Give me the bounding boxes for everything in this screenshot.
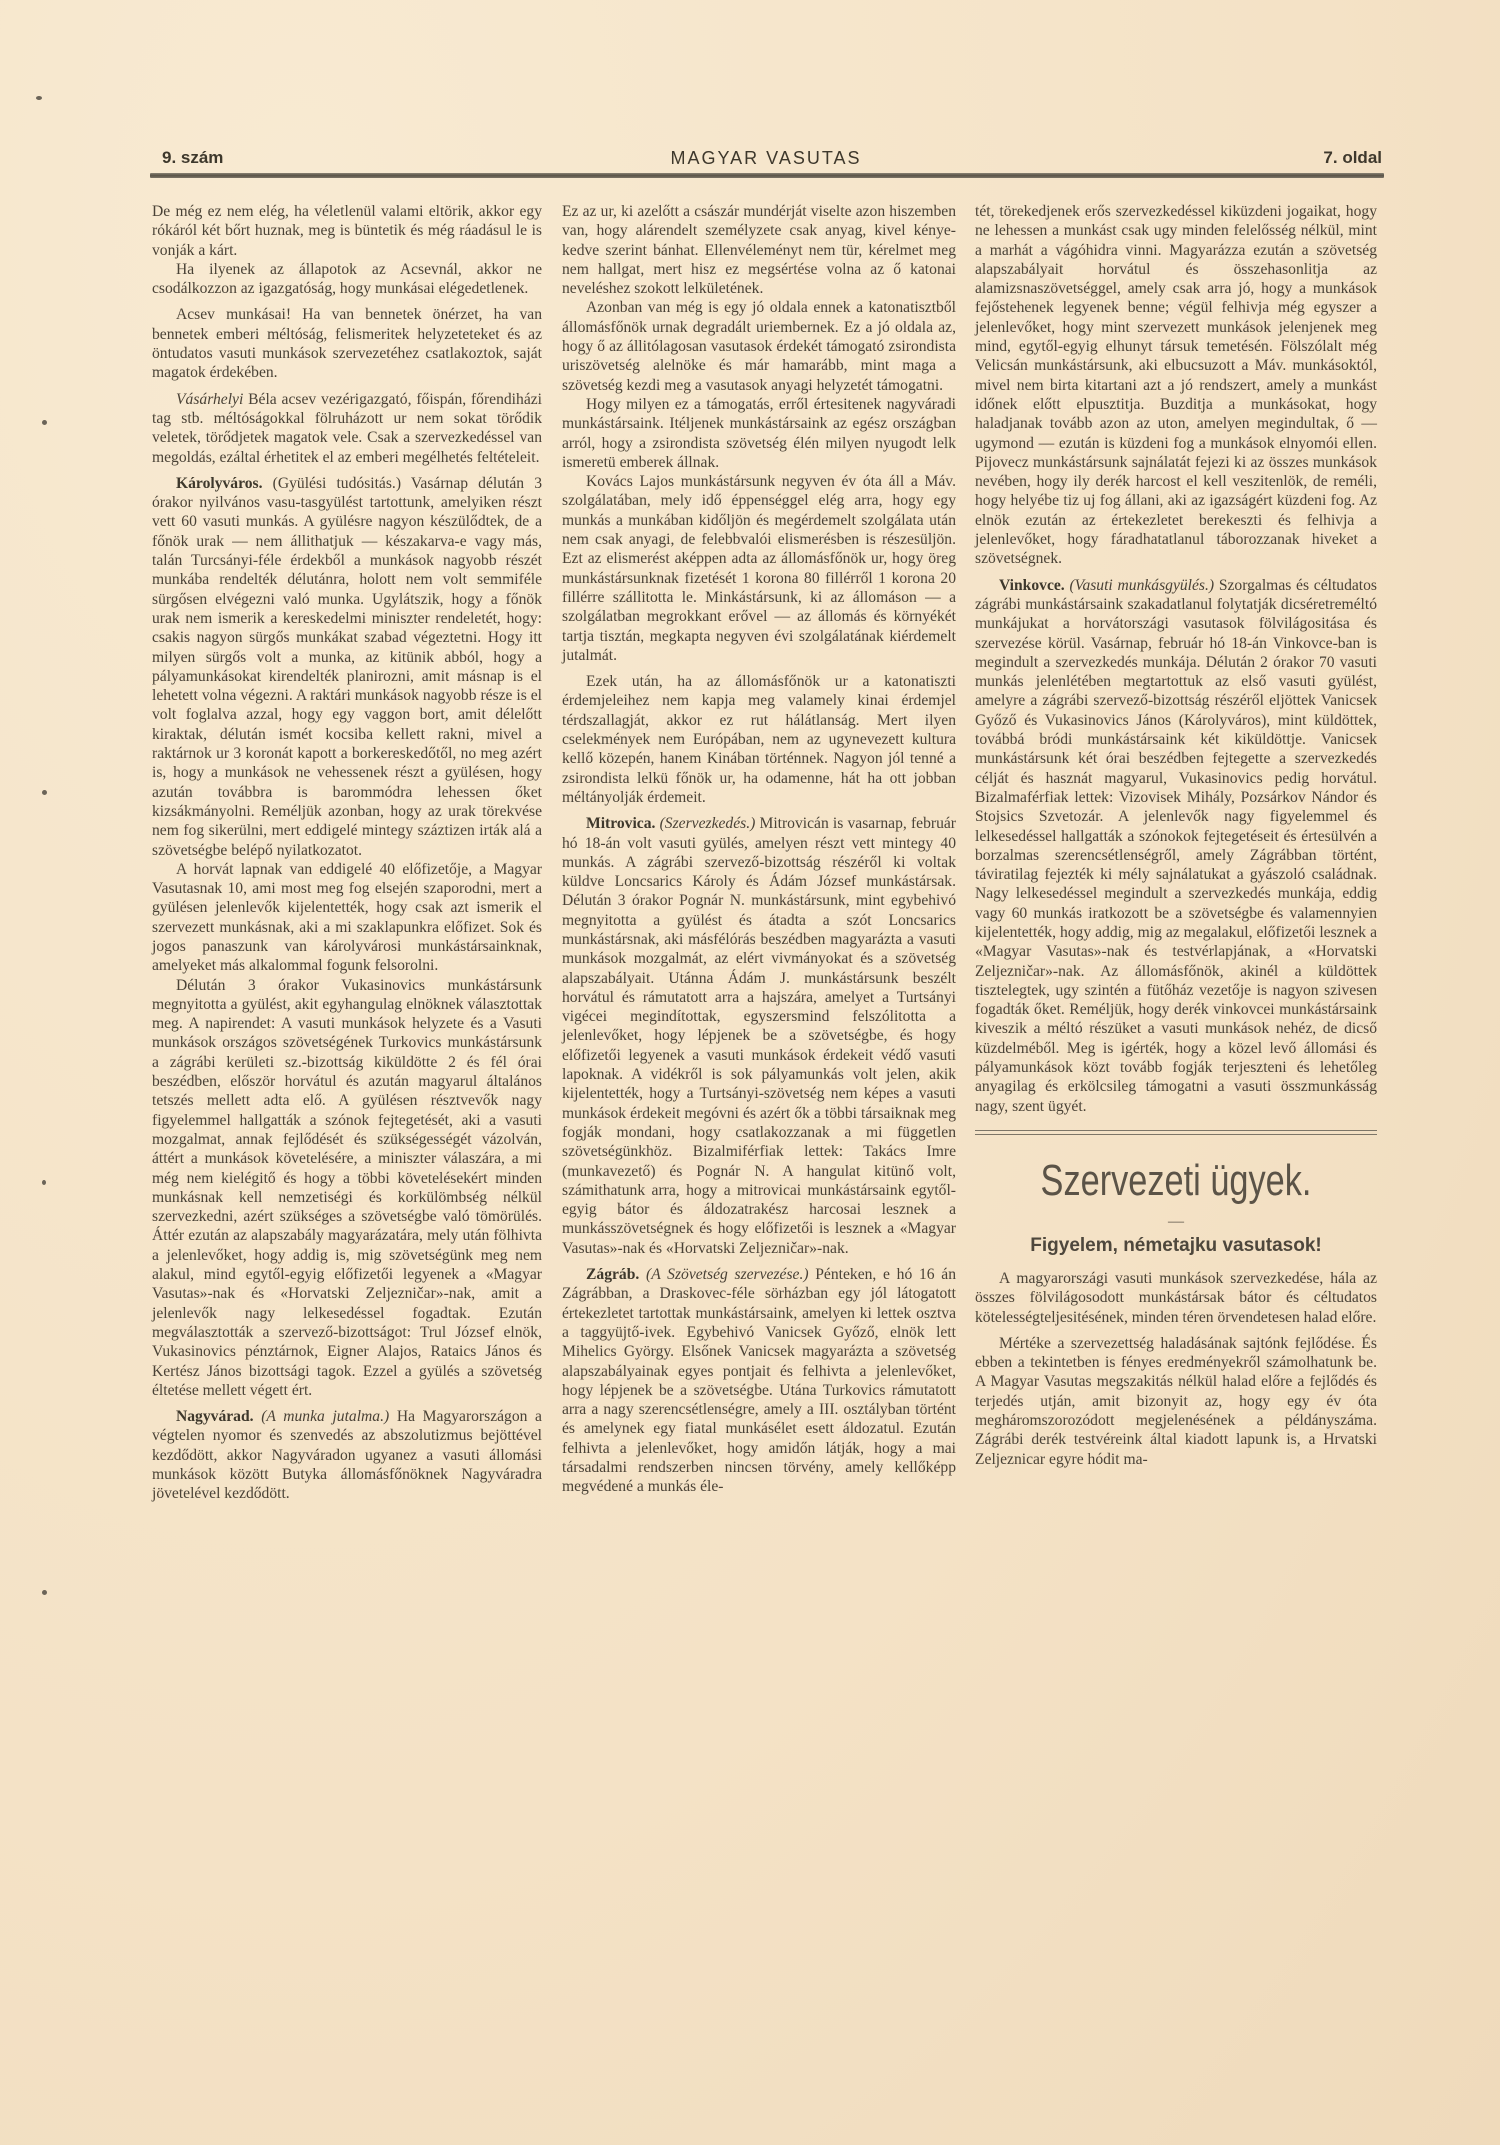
paragraph-text: A magyarországi vasuti munkások szervezk…: [975, 1270, 1377, 1326]
article-placename: Vinkovce.: [999, 577, 1065, 594]
article-subtitle: (Gyülési tudósitás.): [273, 475, 401, 492]
article-paragraph: Mitrovica. (Szervezkedés.) Mitrovicán is…: [562, 814, 956, 1258]
paragraph-text: Ez az ur, ki azelőtt a császár mundérját…: [562, 203, 956, 297]
paragraph: A magyarországi vasuti munkások szervezk…: [975, 1269, 1377, 1327]
paragraph-text: Kovács Lajos munkástársunk negyven év ót…: [562, 473, 956, 664]
paragraph: Azonban van még is egy jó oldala ennek a…: [562, 298, 956, 394]
paper-stain: [42, 420, 47, 425]
article-paragraph: Vinkovce. (Vasuti munkásgyülés.) Szorgal…: [975, 576, 1377, 1116]
section-body: A magyarországi vasuti munkások szervezk…: [975, 1269, 1377, 1469]
paper-stain: [36, 96, 42, 100]
paragraph-text: tét, törekedjenek erős szervezkedéssel k…: [975, 203, 1377, 567]
paragraph: Mértéke a szervezettség haladásának sajt…: [975, 1334, 1377, 1469]
paragraph-text: Ezek után, ha az állomásfőnök ur a katon…: [562, 673, 956, 806]
paragraph: Ezek után, ha az állomásfőnök ur a katon…: [562, 672, 956, 807]
article-paragraph: Zágráb. (A Szövetség szervezése.) Péntek…: [562, 1265, 956, 1497]
article-placename: Károlyváros.: [176, 475, 263, 492]
section-dash: —: [975, 1213, 1377, 1231]
column-3: tét, törekedjenek erős szervezkedéssel k…: [975, 202, 1377, 1469]
paragraph-text: Ha ilyenek az állapotok az Acsevnál, akk…: [152, 261, 542, 297]
column-3-body: tét, törekedjenek erős szervezkedéssel k…: [975, 202, 1377, 1116]
paper-stain: [42, 790, 47, 795]
article-paragraph: Nagyvárad. (A munka jutalma.) Ha Magyaro…: [152, 1407, 542, 1503]
paragraph: Ez az ur, ki azelőtt a császár mundérját…: [562, 202, 956, 298]
article-subtitle: (Szervezkedés.): [660, 815, 756, 832]
section-title: Szervezeti ügyek.: [1019, 1157, 1333, 1205]
paragraph-text: A horvát lapnak van eddigelé 40 előfizet…: [152, 861, 542, 974]
column-1: De még ez nem elég, ha véletlenül valami…: [152, 202, 542, 1504]
paragraph-text: De még ez nem elég, ha véletlenül valami…: [152, 203, 542, 259]
paragraph-text: Azonban van még is egy jó oldala ennek a…: [562, 299, 956, 393]
paragraph: tét, törekedjenek erős szervezkedéssel k…: [975, 202, 1377, 569]
section-subtitle: Figyelem, németajku vasutasok!: [975, 1233, 1377, 1259]
article-placename: Zágráb.: [586, 1266, 639, 1283]
paper-stain: [42, 1590, 47, 1595]
article-subtitle: (A Szövetség szervezése.): [646, 1266, 809, 1283]
column-2: Ez az ur, ki azelőtt a császár mundérját…: [562, 202, 956, 1497]
article-subtitle: (A munka jutalma.): [261, 1408, 389, 1425]
paper-stain: [42, 1180, 46, 1185]
paragraph: De még ez nem elég, ha véletlenül valami…: [152, 202, 542, 260]
paragraph-text: Mitrovicán is vasarnap, február hó 18-án…: [562, 815, 956, 1257]
section-separator-rule: [975, 1130, 1377, 1135]
paragraph: Vásárhelyi Béla acsev vezérigazgató, fői…: [152, 390, 542, 467]
italic-name: Vásárhelyi: [176, 391, 243, 408]
page-number: 7. oldal: [1323, 148, 1382, 168]
header-rule: [150, 173, 1384, 178]
newspaper-page: 9. szám MAGYAR VASUTAS 7. oldal De még e…: [0, 0, 1500, 2145]
paragraph-text: Hogy milyen ez a támogatás, erről értesi…: [562, 396, 956, 471]
paragraph-text: Délután 3 órakor Vukasinovics munkástárs…: [152, 977, 542, 1399]
article-placename: Mitrovica.: [586, 815, 655, 832]
paragraph: Ha ilyenek az állapotok az Acsevnál, akk…: [152, 260, 542, 299]
article-placename: Nagyvárad.: [176, 1408, 254, 1425]
paragraph-text: Mértéke a szervezettség haladásának sajt…: [975, 1335, 1377, 1468]
paragraph-text: Vasárnap délután 3 órakor nyilvános vasu…: [152, 475, 542, 859]
paragraph-text: Acsev munkásai! Ha van bennetek önérzet,…: [152, 306, 542, 381]
paragraph-text: Szorgalmas és céltudatos zágrábi munkást…: [975, 577, 1377, 1115]
paragraph: A horvát lapnak van eddigelé 40 előfizet…: [152, 860, 542, 976]
article-subtitle: (Vasuti munkásgyülés.): [1069, 577, 1214, 594]
newspaper-title: MAGYAR VASUTAS: [150, 148, 1382, 169]
page-header: 9. szám MAGYAR VASUTAS 7. oldal: [150, 148, 1382, 168]
paragraph: Délután 3 órakor Vukasinovics munkástárs…: [152, 976, 542, 1401]
paragraph: Acsev munkásai! Ha van bennetek önérzet,…: [152, 305, 542, 382]
paragraph: Kovács Lajos munkástársunk negyven év ót…: [562, 472, 956, 665]
paragraph-text: Pénteken, e hó 16 án Zágrábban, a Drasko…: [562, 1266, 956, 1495]
paragraph: Hogy milyen ez a támogatás, erről értesi…: [562, 395, 956, 472]
article-paragraph: Károlyváros. (Gyülési tudósitás.) Vasárn…: [152, 474, 542, 860]
